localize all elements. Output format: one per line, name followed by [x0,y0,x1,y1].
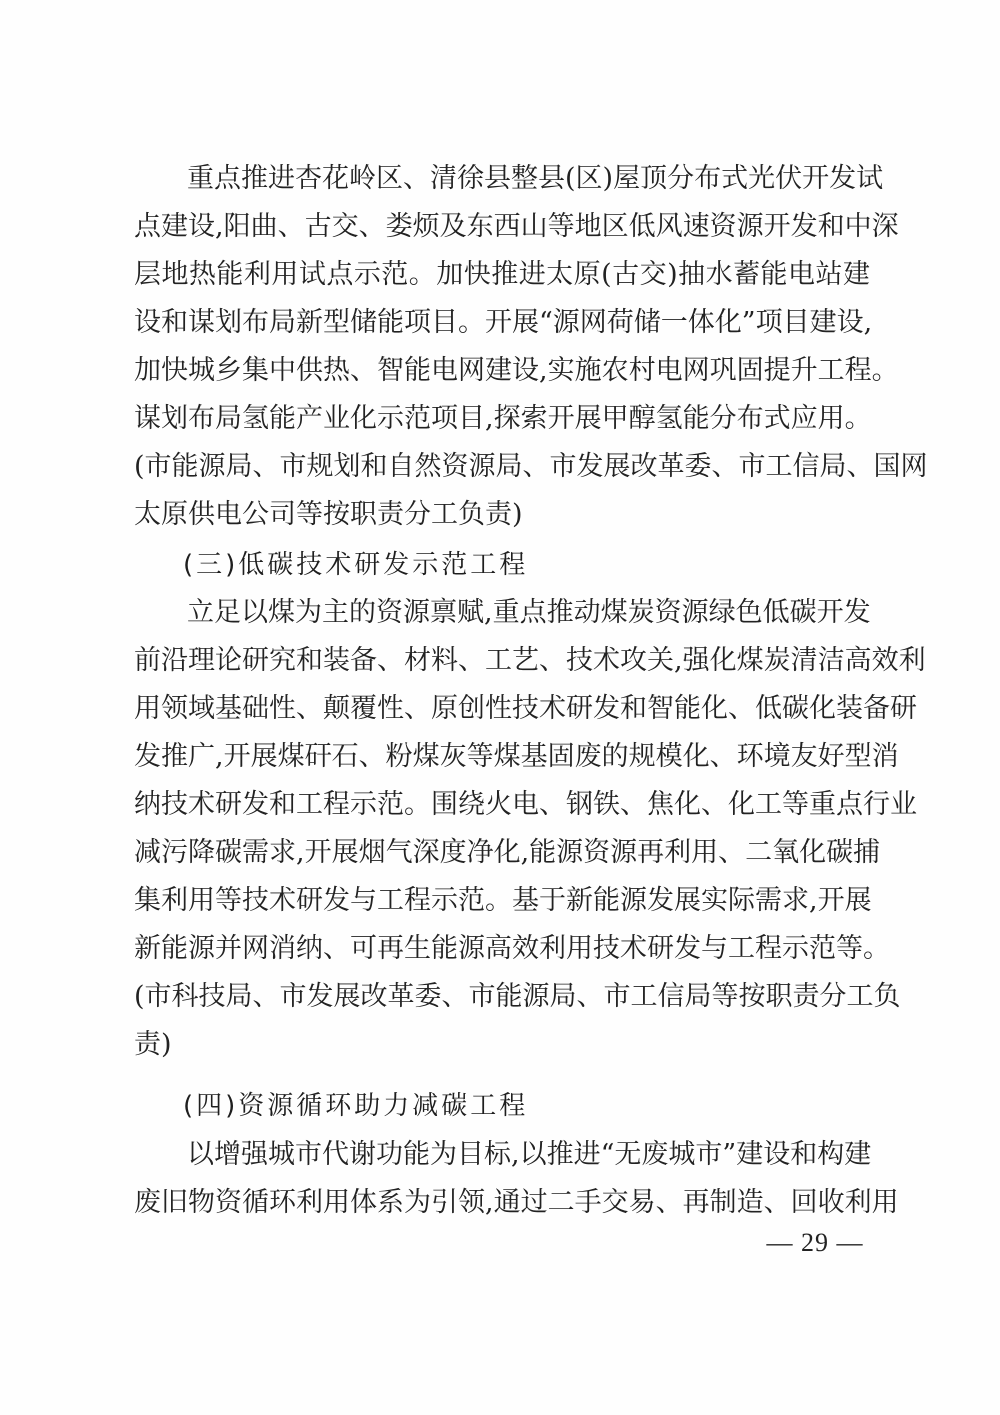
paragraph-2-line-6: 减污降碳需求,开展烟气深度净化,能源资源再利用、二氧化碳捕 [134,836,870,870]
paragraph-1-line-6: 谋划布局氢能产业化示范项目,探索开展甲醇氢能分布式应用。 [134,402,870,436]
paragraph-2-line-2: 前沿理论研究和装备、材料、工艺、技术攻关,强化煤炭清洁高效利 [134,644,870,678]
paragraph-2-line-5: 纳技术研发和工程示范。围绕火电、钢铁、焦化、化工等重点行业 [134,788,870,822]
paragraph-1-line-2: 点建设,阳曲、古交、娄烦及东西山等地区低风速资源开发和中深 [134,210,870,244]
paragraph-1-line-3: 层地热能利用试点示范。加快推进太原(古交)抽水蓄能电站建 [134,258,870,292]
page-number: — 29 — [760,1228,870,1258]
paragraph-2-line-3: 用领域基础性、颠覆性、原创性技术研发和智能化、低碳化装备研 [134,692,870,726]
paragraph-1-line-1: 重点推进杏花岭区、清徐县整县(区)屋顶分布式光伏开发试 [187,162,870,196]
paragraph-1-line-7: (市能源局、市规划和自然资源局、市发展改革委、市工信局、国网 [134,450,870,484]
section-heading-4: (四)资源循环助力减碳工程 [183,1089,528,1123]
paragraph-1-line-5: 加快城乡集中供热、智能电网建设,实施农村电网巩固提升工程。 [134,354,870,388]
paragraph-3-line-1: 以增强城市代谢功能为目标,以推进“无废城市”建设和构建 [187,1138,870,1172]
paragraph-2-line-10: 责) [134,1028,870,1062]
paragraph-2-line-9: (市科技局、市发展改革委、市能源局、市工信局等按职责分工负 [134,980,870,1014]
paragraph-2-line-8: 新能源并网消纳、可再生能源高效利用技术研发与工程示范等。 [134,932,870,966]
paragraph-3-line-2: 废旧物资循环利用体系为引领,通过二手交易、再制造、回收利用 [134,1186,870,1220]
paragraph-2-line-1: 立足以煤为主的资源禀赋,重点推动煤炭资源绿色低碳开发 [187,596,870,630]
paragraph-1-line-4: 设和谋划布局新型储能项目。开展“源网荷储一体化”项目建设, [134,306,870,340]
paragraph-1-line-8: 太原供电公司等按职责分工负责) [134,498,870,532]
document-page: 重点推进杏花岭区、清徐县整县(区)屋顶分布式光伏开发试 点建设,阳曲、古交、娄烦… [0,0,1000,1415]
section-heading-3: (三)低碳技术研发示范工程 [183,548,528,582]
paragraph-2-line-4: 发推广,开展煤矸石、粉煤灰等煤基固废的规模化、环境友好型消 [134,740,870,774]
paragraph-2-line-7: 集利用等技术研发与工程示范。基于新能源发展实际需求,开展 [134,884,870,918]
